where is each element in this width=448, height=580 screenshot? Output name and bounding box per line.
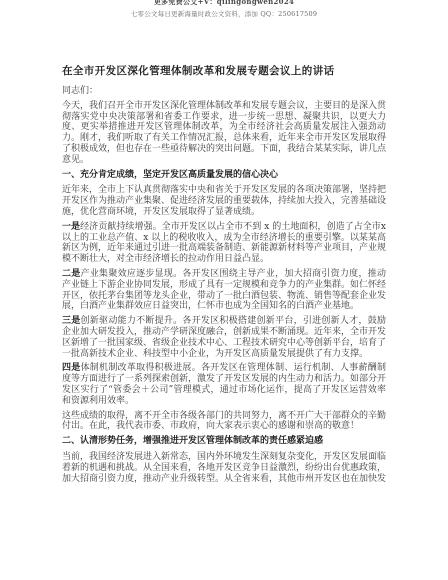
paragraph: 一是经济贡献持续增强。全市开发区以占全市不到 x 的土地面积，创造了占全市x以上…: [62, 222, 386, 265]
page-header: 更多免费公文+V：qilingongwen2024 七零公文每日更新海量时政公文…: [0, 0, 448, 18]
paragraph: 这些成绩的取得，离不开全市各级各部门的共同努力，离不开广大干部群众的辛勤付出。在…: [62, 411, 386, 433]
section-heading: 一、充分肯定成绩，坚定开发区高质量发展的信心决心: [62, 170, 386, 181]
paragraph: 当前，我国经济发展进入新常态，国内外环境发生深刻复杂变化，开发区发展面临着新的机…: [62, 452, 386, 484]
section-heading: 二、认清形势任务，增强推进开发区管理体制改革的责任感紧迫感: [62, 436, 386, 447]
paragraph-lead: 四是: [62, 363, 81, 373]
paragraph: 同志们：: [62, 86, 386, 97]
document-content: 在全市开发区深化管理体制改革和发展专题会议上的讲话 同志们：今天，我们召开全市开…: [62, 18, 386, 484]
header-promo-line: 更多免费公文+V：qilingongwen2024: [0, 0, 448, 7]
header-contact-line: 七零公文每日更新海量时政公文资料，添加 QQ：250617509: [0, 9, 448, 18]
paragraph-lead: 一是: [62, 222, 80, 232]
paragraph: 二是产业集聚效应逐步显现。各开发区围绕主导产业，加大招商引资力度，推动产业链上下…: [62, 269, 386, 312]
document-body: 同志们：今天，我们召开全市开发区深化管理体制改革和发展专题会议，主要目的是深入贯…: [62, 86, 386, 484]
paragraph: 今天，我们召开全市开发区深化管理体制改革和发展专题会议，主要目的是深入贯彻落实党…: [62, 101, 386, 166]
paragraph: 四是体制机制改革取得积极进展。各开发区在管理体制、运行机制、人事薪酬制度等方面进…: [62, 363, 386, 406]
document-page: 更多免费公文+V：qilingongwen2024 七零公文每日更新海量时政公文…: [0, 0, 448, 580]
paragraph-lead: 二是: [62, 269, 81, 279]
paragraph: 近年来，全市上下认真贯彻落实中央和省关于开发区发展的各项决策部署，坚持把开发区作…: [62, 185, 386, 217]
document-title: 在全市开发区深化管理体制改革和发展专题会议上的讲话: [62, 65, 386, 77]
paragraph: 三是创新驱动能力不断提升。各开发区积极搭建创新平台，引进创新人才，鼓励企业加大研…: [62, 316, 386, 359]
paragraph-lead: 三是: [62, 316, 81, 326]
